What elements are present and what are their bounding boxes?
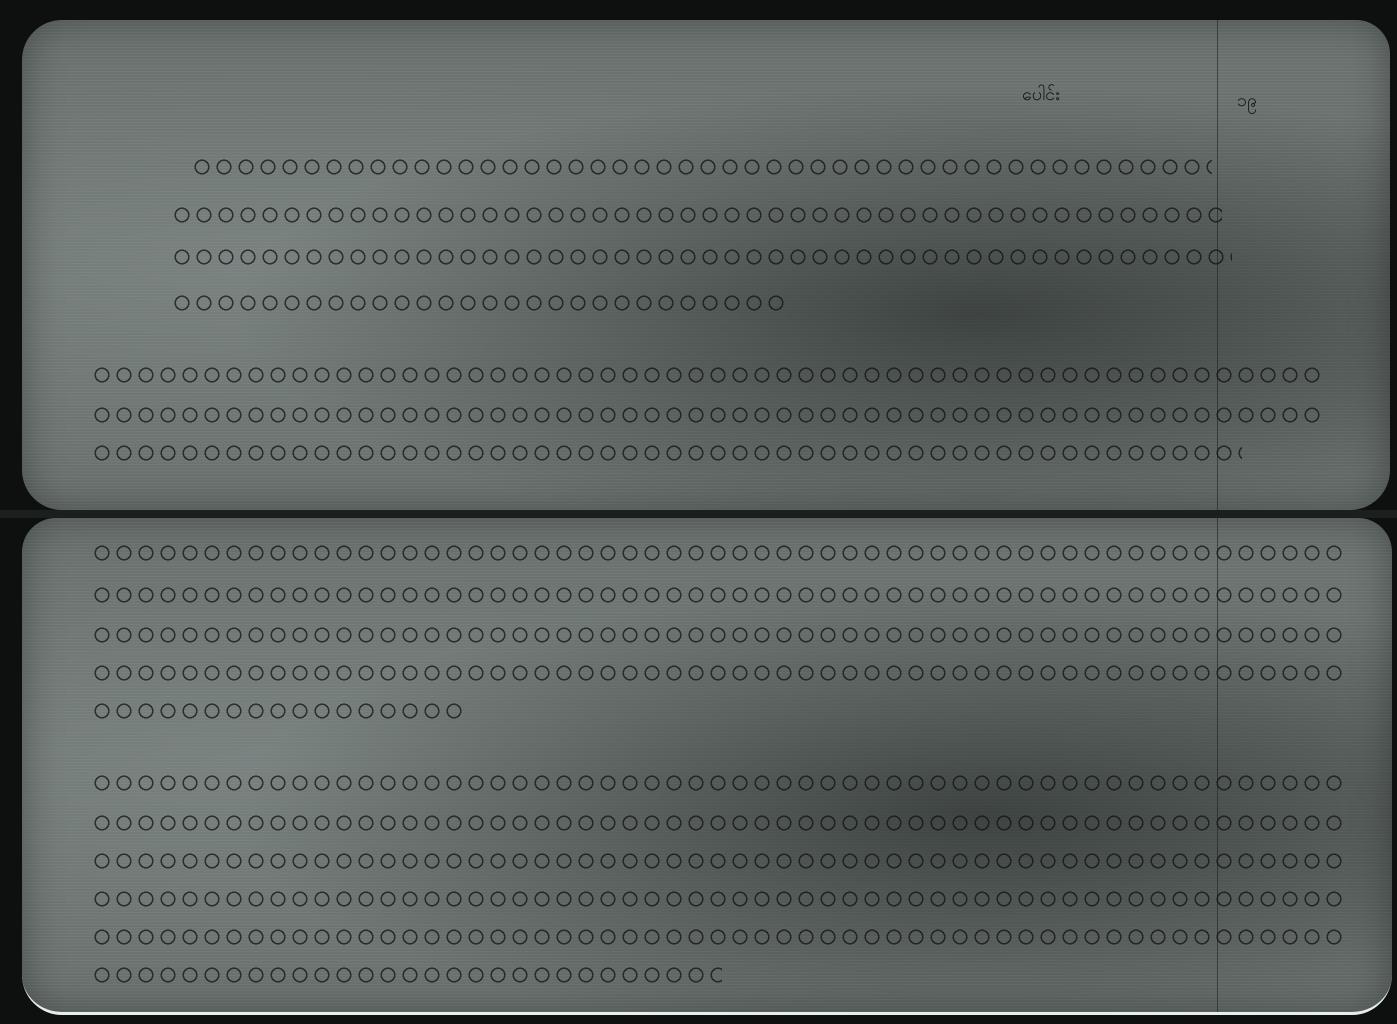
text-line	[92, 846, 1352, 882]
text-line	[92, 360, 1330, 396]
text-line	[92, 696, 492, 732]
leaf-separator	[0, 510, 1397, 518]
text-line	[92, 658, 1352, 694]
manuscript-leaf-bottom	[22, 518, 1392, 1015]
text-line	[92, 400, 1330, 436]
text-line	[172, 200, 1230, 236]
text-line	[172, 242, 1240, 278]
text-line	[92, 620, 1352, 656]
text-line	[192, 152, 1220, 188]
text-line	[92, 538, 1352, 574]
manuscript-leaf-top: ပေါင်း ၁၉	[22, 20, 1390, 510]
text-line	[92, 922, 1352, 958]
text-line	[92, 960, 772, 996]
text-line	[172, 288, 790, 324]
text-line	[92, 884, 1352, 920]
folio-heading: ပေါင်း	[1022, 82, 1060, 109]
text-line	[92, 580, 1352, 616]
text-line	[92, 438, 1250, 474]
text-line	[92, 768, 1352, 804]
folio-number: ၁၉	[1237, 88, 1257, 115]
text-line	[92, 808, 1352, 844]
